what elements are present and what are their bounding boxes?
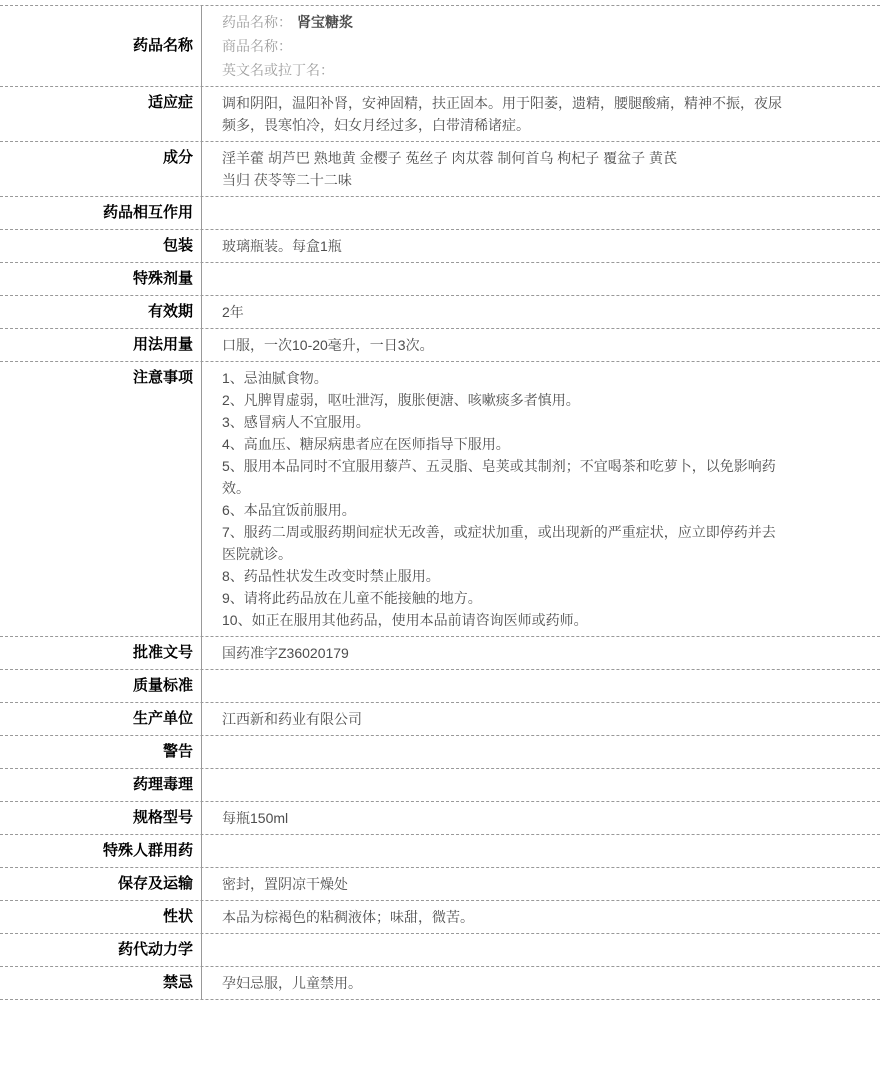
value-line: 4、高血压、糖尿病患者应在医师指导下服用。 [222,433,788,455]
table-row: 质量标准 [0,670,880,703]
value-line: 2、凡脾胃虚弱，呕吐泄泻，腹胀便溏、咳嗽痰多者慎用。 [222,389,788,411]
table-row: 警告 [0,736,880,769]
row-label: 保存及运输 [0,868,202,900]
row-label: 有效期 [0,296,202,328]
table-row: 特殊剂量 [0,263,880,296]
row-value [202,670,880,702]
row-value: 药品名称：肾宝糖浆商品名称：英文名或拉丁名： [202,6,880,86]
table-row: 成分淫羊藿 胡芦巴 熟地黄 金樱子 菟丝子 肉苁蓉 制何首乌 枸杞子 覆盆子 黄… [0,142,880,197]
row-label: 生产单位 [0,703,202,735]
row-value [202,263,880,295]
table-row: 药品名称药品名称：肾宝糖浆商品名称：英文名或拉丁名： [0,6,880,87]
field-label: 药品名称： [222,14,292,30]
table-row: 规格型号每瓶150ml [0,802,880,835]
row-value: 本品为棕褐色的粘稠液体；味甜，微苦。 [202,901,880,933]
row-value: 调和阴阳，温阳补肾，安神固精，扶正固本。用于阳萎，遗精，腰腿酸痛，精神不振，夜尿… [202,87,880,141]
row-label: 批准文号 [0,637,202,669]
table-row: 批准文号国药准字Z36020179 [0,637,880,670]
row-label: 药品相互作用 [0,197,202,229]
value-line: 当归 茯苓等二十二味 [222,169,788,191]
table-row: 保存及运输密封，置阴凉干燥处 [0,868,880,901]
table-row: 禁忌孕妇忌服，儿童禁用。 [0,967,880,1000]
value-line: 8、药品性状发生改变时禁止服用。 [222,565,788,587]
row-value [202,934,880,966]
row-label: 药品名称 [0,6,202,86]
row-label: 成分 [0,142,202,196]
row-label: 用法用量 [0,329,202,361]
row-value: 密封，置阴凉干燥处 [202,868,880,900]
table-row: 药品相互作用 [0,197,880,230]
table-row: 适应症调和阴阳，温阳补肾，安神固精，扶正固本。用于阳萎，遗精，腰腿酸痛，精神不振… [0,87,880,142]
field-value: 肾宝糖浆 [297,14,353,30]
value-line: 7、服药二周或服药期间症状无改善，或症状加重，或出现新的严重症状，应立即停药并去… [222,521,788,565]
value-line: 9、请将此药品放在儿童不能接触的地方。 [222,587,788,609]
row-value: 江西新和药业有限公司 [202,703,880,735]
field-label: 商品名称： [222,38,292,54]
row-value: 2年 [202,296,880,328]
row-label: 质量标准 [0,670,202,702]
row-value: 1、忌油腻食物。2、凡脾胃虚弱，呕吐泄泻，腹胀便溏、咳嗽痰多者慎用。3、感冒病人… [202,362,880,636]
field-label: 英文名或拉丁名： [222,62,334,78]
row-label: 药代动力学 [0,934,202,966]
value-line: 6、本品宜饭前服用。 [222,499,788,521]
row-value: 口服，一次10-20毫升，一日3次。 [202,329,880,361]
row-value: 国药准字Z36020179 [202,637,880,669]
row-value: 孕妇忌服，儿童禁用。 [202,967,880,999]
row-label: 包装 [0,230,202,262]
table-row: 用法用量口服，一次10-20毫升，一日3次。 [0,329,880,362]
table-row: 注意事项1、忌油腻食物。2、凡脾胃虚弱，呕吐泄泻，腹胀便溏、咳嗽痰多者慎用。3、… [0,362,880,637]
table-row: 药理毒理 [0,769,880,802]
row-value [202,197,880,229]
row-label: 警告 [0,736,202,768]
table-row: 包装玻璃瓶装。每盒1瓶 [0,230,880,263]
drug-info-page: { "table": { "rows": [ { "label": "药品名称"… [0,0,880,1090]
row-label: 药理毒理 [0,769,202,801]
table-row: 药代动力学 [0,934,880,967]
value-line: 1、忌油腻食物。 [222,367,788,389]
value-line: 5、服用本品同时不宜服用藜芦、五灵脂、皂荚或其制剂；不宜喝茶和吃萝卜，以免影响药… [222,455,788,499]
drug-name-line: 英文名或拉丁名： [222,58,788,82]
table-row: 生产单位江西新和药业有限公司 [0,703,880,736]
drug-info-table: 药品名称药品名称：肾宝糖浆商品名称：英文名或拉丁名：适应症调和阴阳，温阳补肾，安… [0,5,880,1000]
row-value [202,835,880,867]
row-label: 适应症 [0,87,202,141]
value-line: 10、如正在服用其他药品，使用本品前请咨询医师或药师。 [222,609,788,631]
row-label: 规格型号 [0,802,202,834]
row-value: 玻璃瓶装。每盒1瓶 [202,230,880,262]
row-value: 淫羊藿 胡芦巴 熟地黄 金樱子 菟丝子 肉苁蓉 制何首乌 枸杞子 覆盆子 黄芪当… [202,142,880,196]
drug-name-line: 商品名称： [222,34,788,58]
row-label: 禁忌 [0,967,202,999]
row-value [202,769,880,801]
row-label: 特殊人群用药 [0,835,202,867]
row-label: 注意事项 [0,362,202,636]
drug-name-line: 药品名称：肾宝糖浆 [222,10,788,34]
row-label: 性状 [0,901,202,933]
table-row: 有效期2年 [0,296,880,329]
row-value [202,736,880,768]
table-row: 性状本品为棕褐色的粘稠液体；味甜，微苦。 [0,901,880,934]
value-line: 3、感冒病人不宜服用。 [222,411,788,433]
table-row: 特殊人群用药 [0,835,880,868]
row-value: 每瓶150ml [202,802,880,834]
value-line: 淫羊藿 胡芦巴 熟地黄 金樱子 菟丝子 肉苁蓉 制何首乌 枸杞子 覆盆子 黄芪 [222,147,788,169]
row-label: 特殊剂量 [0,263,202,295]
